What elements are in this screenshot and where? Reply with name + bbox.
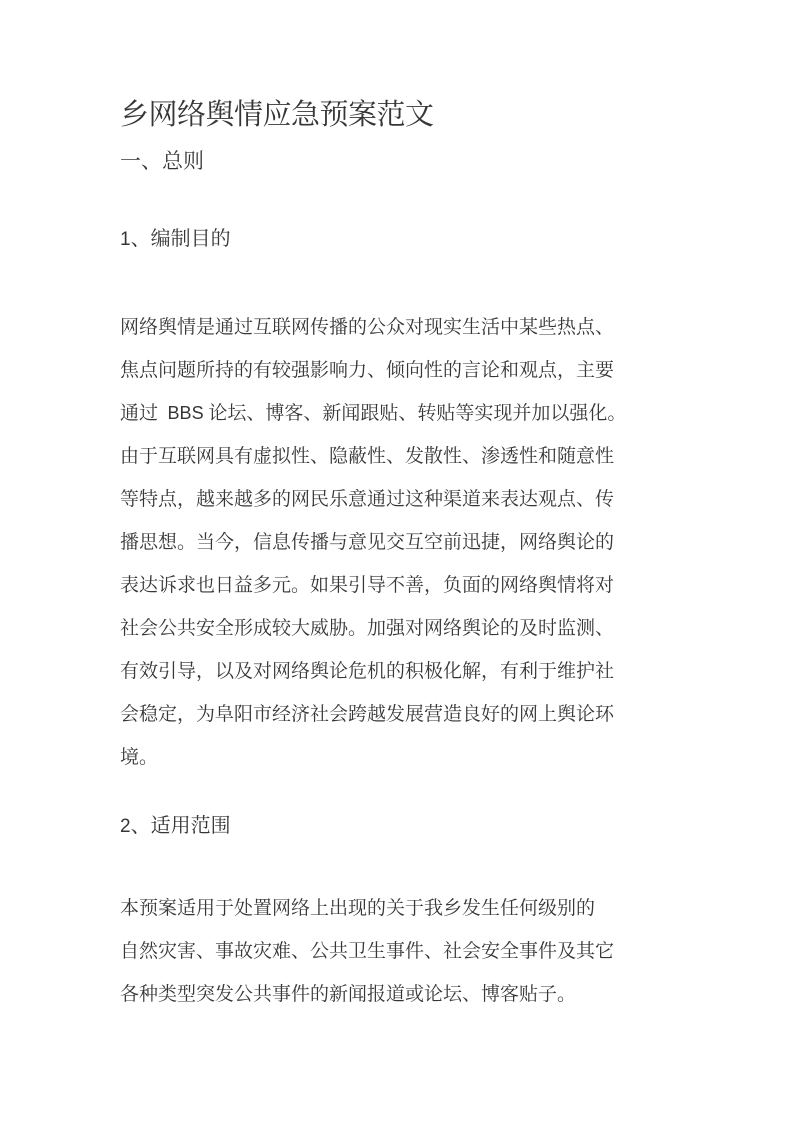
sub-heading-scope: 2、适用范围: [120, 816, 231, 836]
text-line: 有效引导，以及对网络舆论危机的积极化解，有利于维护社: [120, 650, 680, 693]
text-line: 播思想。当今，信息传播与意见交互空前迅捷，网络舆论的: [120, 521, 680, 564]
document-title: 乡网络舆情应急预案范文: [120, 101, 434, 130]
text-line: 本预案适用于处置网络上出现的关于我乡发生任何级别的: [120, 887, 680, 930]
text-line: 自然灾害、事故灾难、公共卫生事件、社会安全事件及其它: [120, 930, 680, 973]
latin-text: 2: [120, 816, 131, 837]
text-line: 各种类型突发公共事件的新闻报道或论坛、博客贴子。: [120, 973, 680, 1016]
text-line: 境。: [120, 736, 680, 779]
text-line: 表达诉求也日益多元。如果引导不善，负面的网络舆情将对: [120, 564, 680, 607]
section-heading-general-rules: 一、总则: [120, 151, 204, 172]
latin-text: BBS: [168, 403, 204, 423]
text-line: 由于互联网具有虚拟性、隐蔽性、发散性、渗透性和随意性: [120, 435, 680, 478]
sub-heading-purpose: 1、编制目的: [120, 229, 231, 249]
text-line: 通过 BBS 论坛、博客、新闻跟贴、转贴等实现并加以强化。: [120, 392, 680, 435]
paragraph-purpose: 网络舆情是通过互联网传播的公众对现实生活中某些热点、焦点问题所持的有较强影响力、…: [120, 306, 680, 779]
text-line: 焦点问题所持的有较强影响力、倾向性的言论和观点，主要: [120, 349, 680, 392]
text-line: 社会公共安全形成较大威胁。加强对网络舆论的及时监测、: [120, 607, 680, 650]
document-page: 乡网络舆情应急预案范文 一、总则 1、编制目的 网络舆情是通过互联网传播的公众对…: [0, 0, 792, 1122]
text-line: 会稳定，为阜阳市经济社会跨越发展营造良好的网上舆论环: [120, 693, 680, 736]
paragraph-scope: 本预案适用于处置网络上出现的关于我乡发生任何级别的自然灾害、事故灾难、公共卫生事…: [120, 887, 680, 1016]
text-line: 网络舆情是通过互联网传播的公众对现实生活中某些热点、: [120, 306, 680, 349]
text-line: 等特点，越来越多的网民乐意通过这种渠道来表达观点、传: [120, 478, 680, 521]
latin-text: 1: [120, 229, 131, 250]
